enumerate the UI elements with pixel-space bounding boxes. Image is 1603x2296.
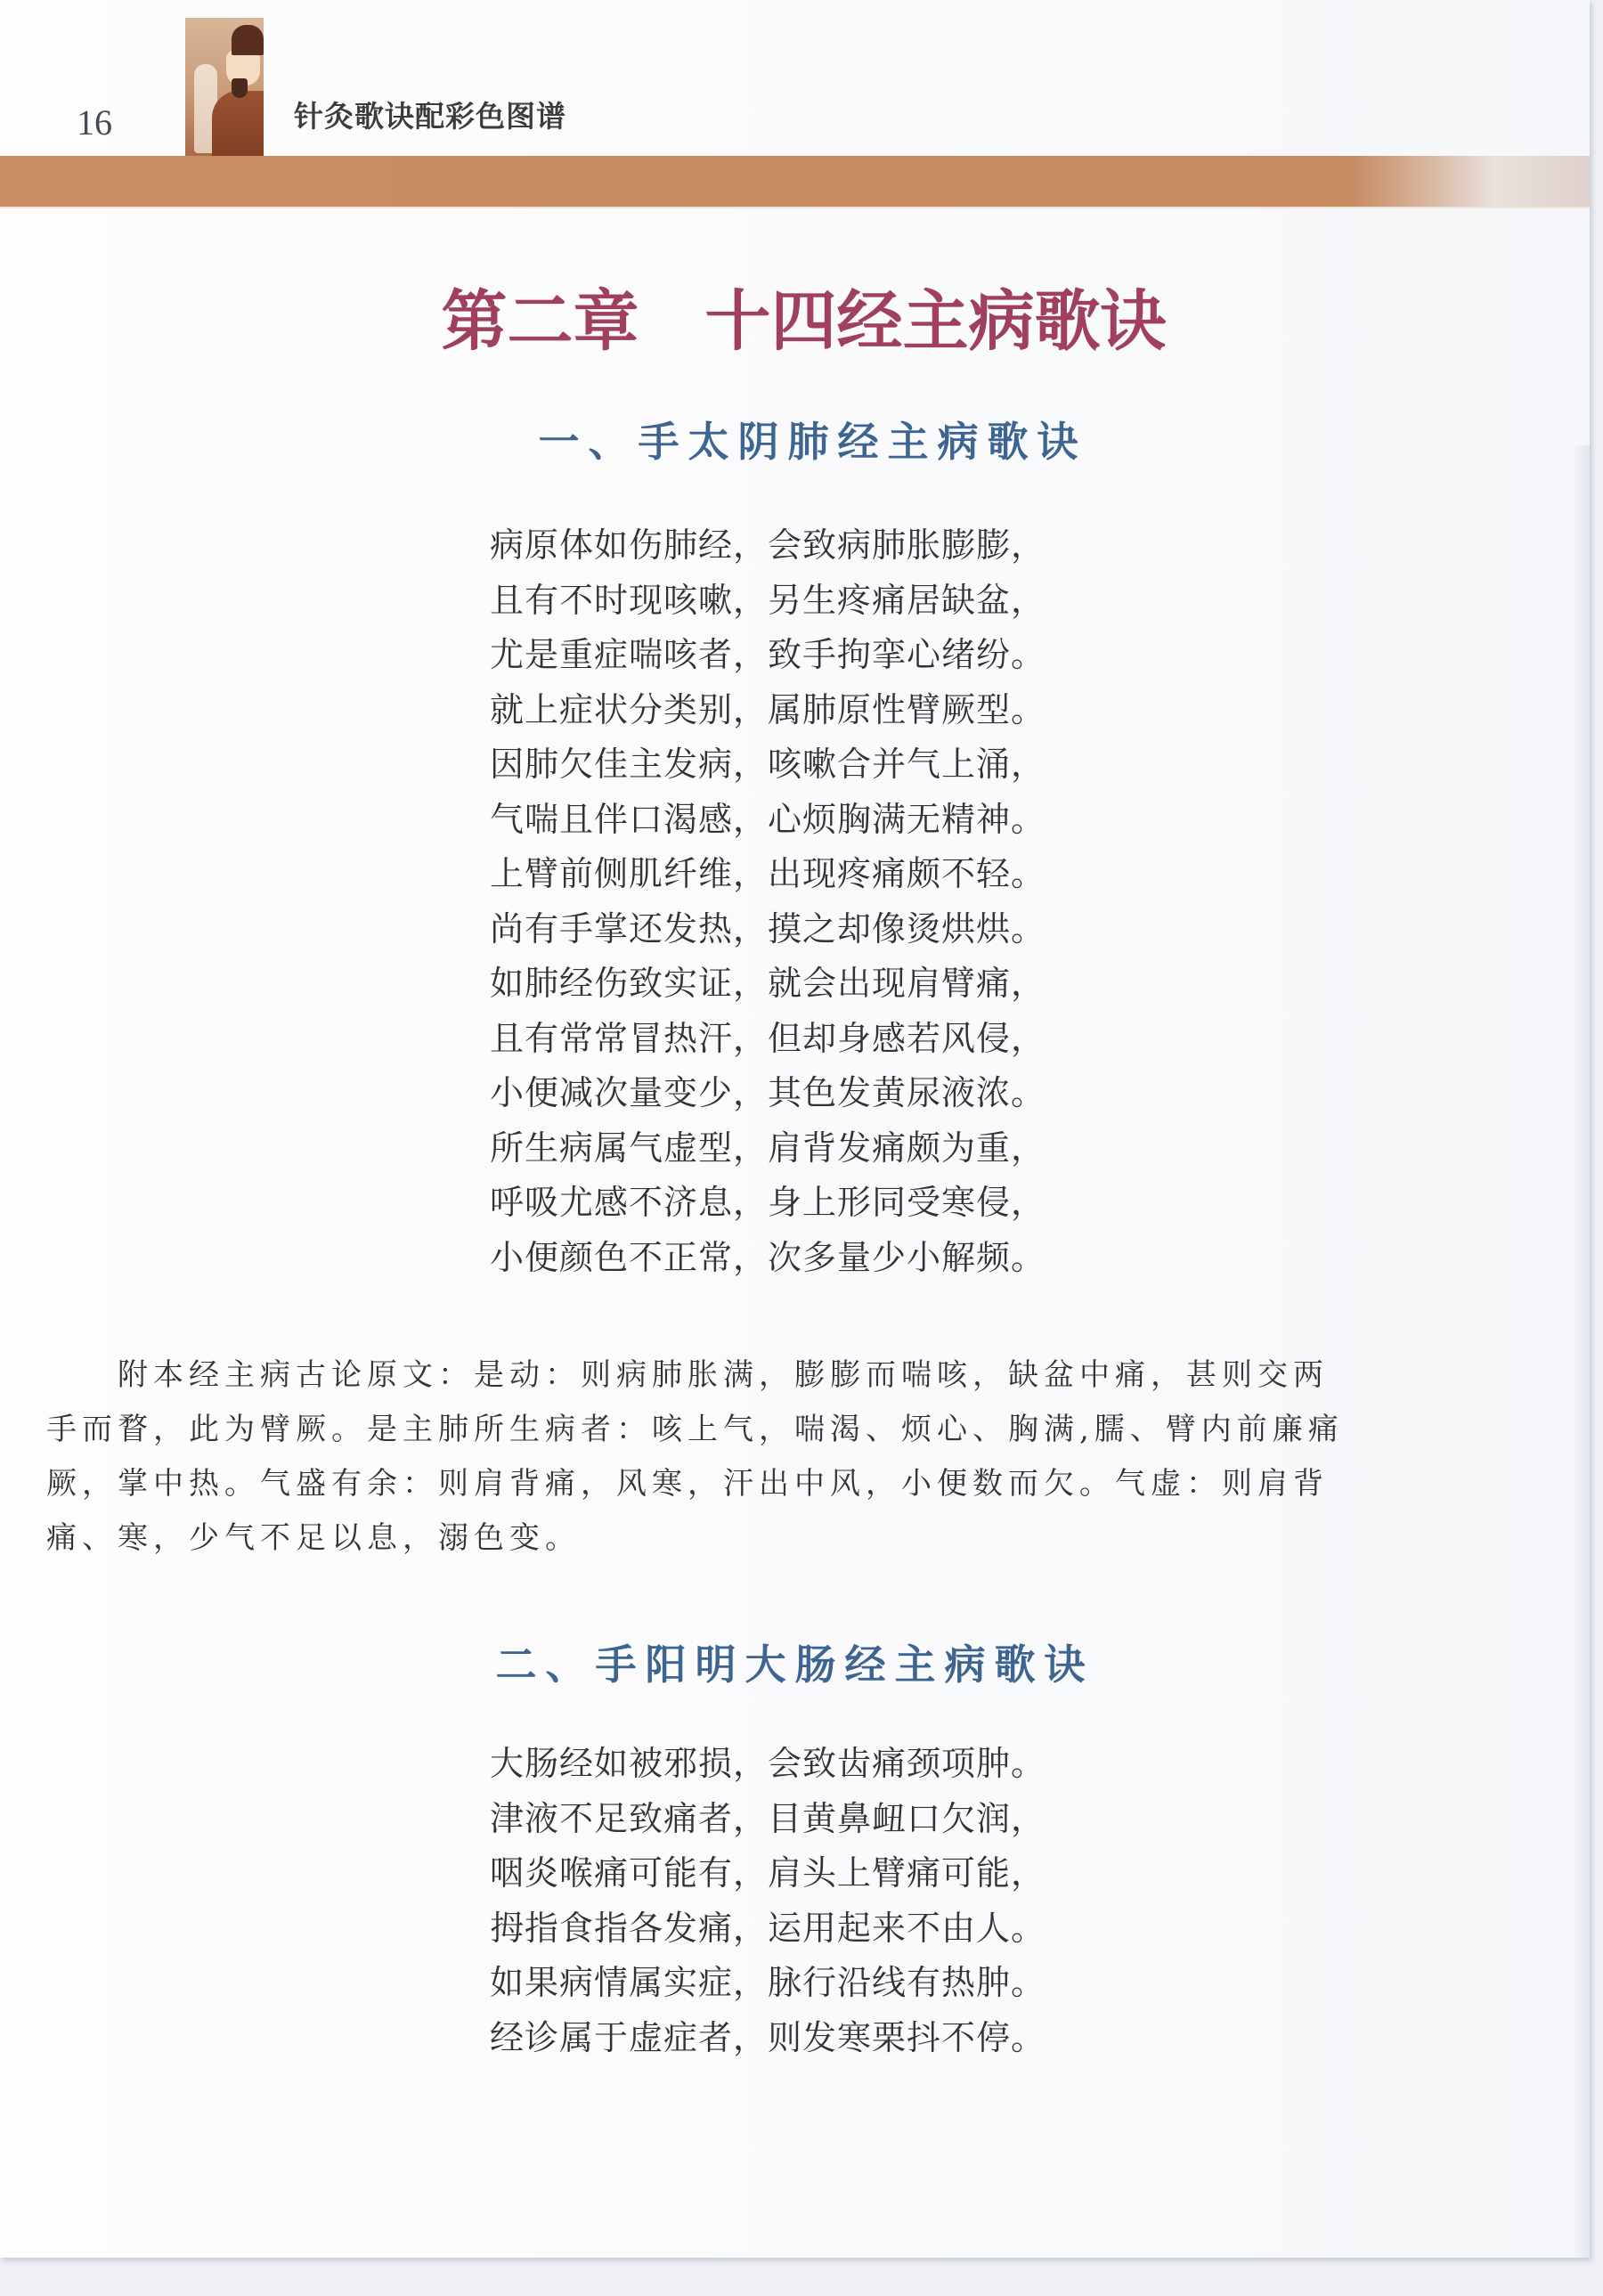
verse-line: 因肺欠佳主发病，咳嗽合并气上涌， (490, 738, 1046, 794)
verse-line: 经诊属于虚症者，则发寒栗抖不停。 (490, 2012, 1046, 2067)
section-title-lung-meridian: 一、手太阴肺经主病歌诀 (0, 421, 1603, 462)
verse-line: 拇指食指各发痛，运用起来不由人。 (490, 1902, 1046, 1958)
verse-line: 津液不足致痛者，目黄鼻衄口欠润， (490, 1793, 1046, 1848)
verse-line: 尚有手掌还发热，摸之却像烫烘烘。 (490, 903, 1046, 958)
verse-line: 如果病情属实症，脉行沿线有热肿。 (490, 1957, 1046, 2012)
verse-line: 上臂前侧肌纤维，出现疼痛颇不轻。 (490, 848, 1046, 903)
appendix-line: 手而瞀，此为臂厥。是主肺所生病者：咳上气，喘渴、烦心、胸满,臑、臂内前廉痛 (46, 1403, 1453, 1457)
header-decorative-band (0, 156, 1590, 208)
verse-line: 小便颜色不正常，次多量少小解频。 (490, 1232, 1046, 1287)
verse-line: 咽炎喉痛可能有，肩头上臂痛可能， (490, 1847, 1046, 1902)
verse-line: 尤是重症喘咳者，致手拘挛心绪纷。 (490, 629, 1046, 684)
book-page: 16 针灸歌诀配彩色图谱 第二章 十四经主病歌诀 一、手太阴肺经主病歌诀 病原体… (0, 0, 1590, 2258)
verse-line: 小便减次量变少，其色发黄尿液浓。 (490, 1067, 1046, 1122)
verse-line: 气喘且伴口渴感，心烦胸满无精神。 (490, 794, 1046, 849)
portrait-hat (232, 25, 264, 55)
verse-large-intestine-meridian: 大肠经如被邪损，会致齿痛颈项肿。 津液不足致痛者，目黄鼻衄口欠润， 咽炎喉痛可能… (490, 1738, 1046, 2066)
portrait-beard (232, 78, 248, 98)
verse-line: 如肺经伤致实证，就会出现肩臂痛， (490, 957, 1046, 1013)
chapter-title: 第二章 十四经主病歌诀 (0, 289, 1599, 355)
verse-line: 病原体如伤肺经，会致病肺胀膨膨， (490, 519, 1046, 574)
appendix-line: 厥，掌中热。气盛有余：则肩背痛，风寒，汗出中风，小便数而欠。气虚：则肩背 (46, 1457, 1453, 1511)
verse-line: 大肠经如被邪损，会致齿痛颈项肿。 (490, 1738, 1046, 1793)
portrait-robe (212, 91, 264, 157)
running-header-book-title: 针灸歌诀配彩色图谱 (294, 102, 566, 131)
verse-line: 且有常常冒热汗，但却身感若风侵， (490, 1013, 1046, 1068)
verse-line: 就上症状分类别，属肺原性臂厥型。 (490, 684, 1046, 739)
verse-line: 所生病属气虚型，肩背发痛颇为重， (490, 1122, 1046, 1177)
appendix-classical-text: 附本经主病古论原文：是动：则病肺胀满，膨膨而喘咳，缺盆中痛，甚则交两 手而瞀，此… (118, 1348, 1453, 1566)
verse-line: 且有不时现咳嗽，另生疼痛居缺盆， (490, 574, 1046, 630)
page-number: 16 (77, 105, 112, 141)
section-title-large-intestine-meridian: 二、手阳明大肠经主病歌诀 (0, 1644, 1590, 1685)
ancient-physician-portrait-icon (185, 18, 264, 157)
verse-line: 呼吸尤感不济息，身上形同受寒侵， (490, 1176, 1046, 1232)
appendix-line: 附本经主病古论原文：是动：则病肺胀满，膨膨而喘咳，缺盆中痛，甚则交两 (46, 1348, 1453, 1403)
verse-lung-meridian: 病原体如伤肺经，会致病肺胀膨膨， 且有不时现咳嗽，另生疼痛居缺盆， 尤是重症喘咳… (490, 519, 1046, 1286)
appendix-line: 痛、寒，少气不足以息，溺色变。 (46, 1511, 1453, 1566)
page-edge-shadow (1572, 445, 1590, 2258)
